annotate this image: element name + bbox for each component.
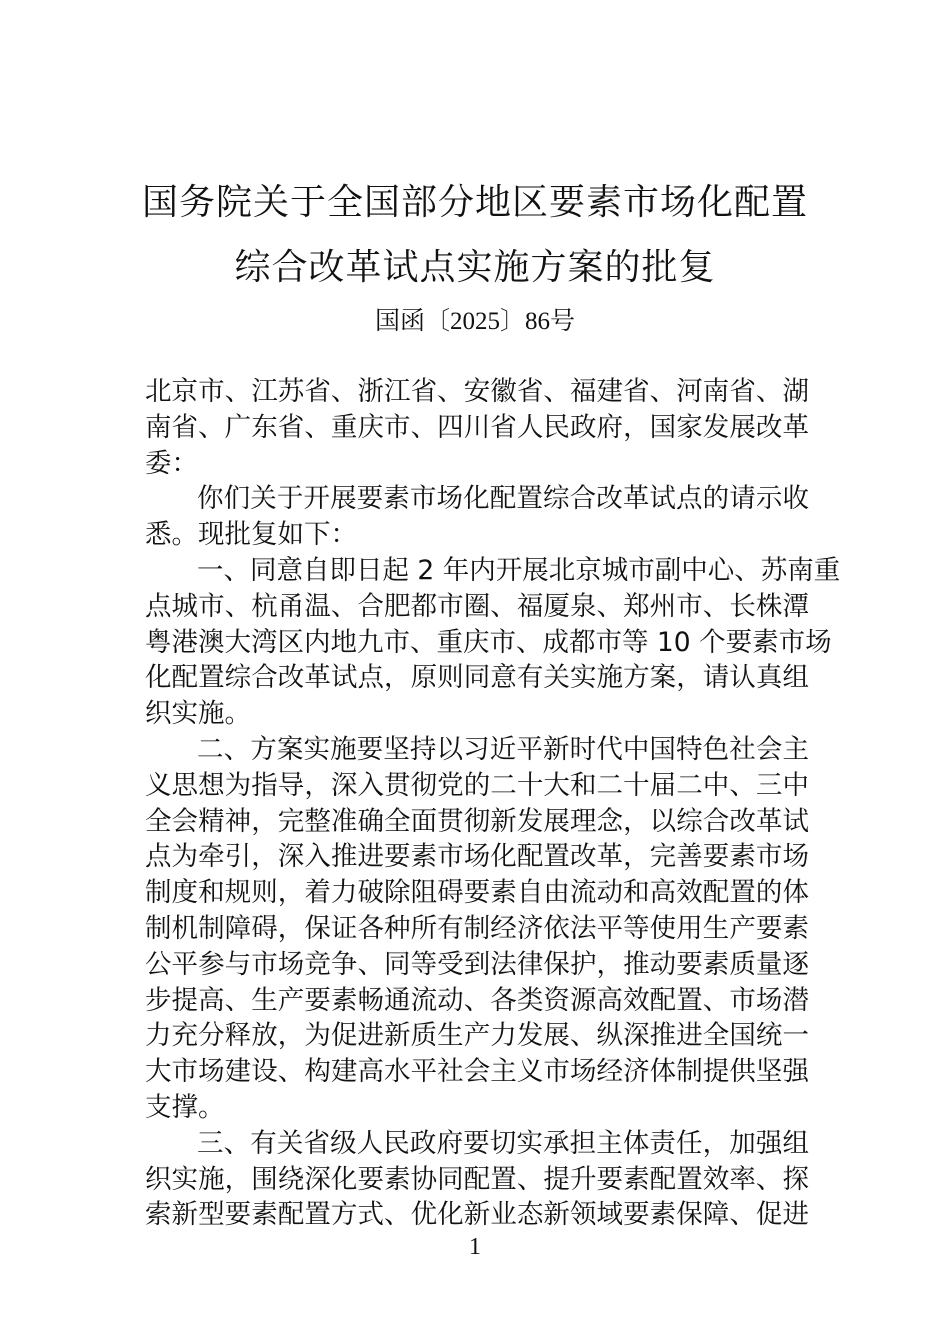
paragraph-line: 公平参与市场竞争、同等受到法律保护，推动要素质量逐 (145, 947, 809, 983)
document-title-line-1: 国务院关于全国部分地区要素市场化配置 (0, 181, 950, 225)
paragraph-line: 织实施，围绕深化要素协同配置、提升要素配置效率、探 (145, 1162, 809, 1198)
paragraph-line: 制机制障碍，保证各种所有制经济依法平等使用生产要素 (145, 911, 809, 947)
paragraph-line: 二、方案实施要坚持以习近平新时代中国特色社会主 (145, 732, 809, 768)
document-page: 国务院关于全国部分地区要素市场化配置 综合改革试点实施方案的批复 国函〔2025… (0, 0, 950, 1344)
paragraph-item-2: 二、方案实施要坚持以习近平新时代中国特色社会主 义思想为指导，深入贯彻党的二十大… (145, 732, 809, 1126)
paragraph-line: 制度和规则，着力破除阻碍要素自由流动和高效配置的体 (145, 875, 809, 911)
page-number: 1 (0, 1232, 950, 1262)
paragraph-line: 大市场建设、构建高水平社会主义市场经济体制提供坚强 (145, 1054, 809, 1090)
document-body: 北京市、江苏省、浙江省、安徽省、福建省、河南省、湖 南省、广东省、重庆市、四川省… (145, 374, 809, 1233)
paragraph-line: 点城市、杭甬温、合肥都市圈、福厦泉、郑州市、长株潭 (145, 589, 809, 625)
paragraph-line: 步提高、生产要素畅通流动、各类资源高效配置、市场潜 (145, 983, 809, 1019)
paragraph-line: 支撑。 (145, 1090, 809, 1126)
paragraph-line: 织实施。 (145, 696, 809, 732)
paragraph-intro: 你们关于开展要素市场化配置综合改革试点的请示收 悉。现批复如下： (145, 481, 809, 553)
paragraph-line: 全会精神，完整准确全面贯彻新发展理念，以综合改革试 (145, 804, 809, 840)
document-number: 国函〔2025〕86号 (0, 306, 950, 338)
paragraph-line: 三、有关省级人民政府要切实承担主体责任，加强组 (145, 1126, 809, 1162)
paragraph-line: 化配置综合改革试点，原则同意有关实施方案，请认真组 (145, 660, 809, 696)
paragraph-line: 力充分释放，为促进新质生产力发展、纵深推进全国统一 (145, 1018, 809, 1054)
paragraph-line: 点为牵引，深入推进要素市场化配置改革，完善要素市场 (145, 839, 809, 875)
addressee-line: 委： (145, 446, 809, 482)
paragraph-line: 悉。现批复如下： (145, 517, 809, 553)
paragraph-line: 义思想为指导，深入贯彻党的二十大和二十届二中、三中 (145, 768, 809, 804)
paragraph-item-1: 一、同意自即日起 2 年内开展北京城市副中心、苏南重 点城市、杭甬温、合肥都市圈… (145, 553, 809, 732)
paragraph-line: 粤港澳大湾区内地九市、重庆市、成都市等 10 个要素市场 (145, 625, 809, 661)
paragraph-line: 一、同意自即日起 2 年内开展北京城市副中心、苏南重 (145, 553, 809, 589)
document-title-line-2: 综合改革试点实施方案的批复 (0, 246, 950, 290)
paragraph-line: 你们关于开展要素市场化配置综合改革试点的请示收 (145, 481, 809, 517)
addressee-line: 南省、广东省、重庆市、四川省人民政府，国家发展改革 (145, 410, 809, 446)
paragraph-item-3: 三、有关省级人民政府要切实承担主体责任，加强组 织实施，围绕深化要素协同配置、提… (145, 1126, 809, 1233)
addressee-line: 北京市、江苏省、浙江省、安徽省、福建省、河南省、湖 (145, 374, 809, 410)
paragraph-line: 索新型要素配置方式、优化新业态新领域要素保障、促进 (145, 1197, 809, 1233)
addressee: 北京市、江苏省、浙江省、安徽省、福建省、河南省、湖 南省、广东省、重庆市、四川省… (145, 374, 809, 481)
